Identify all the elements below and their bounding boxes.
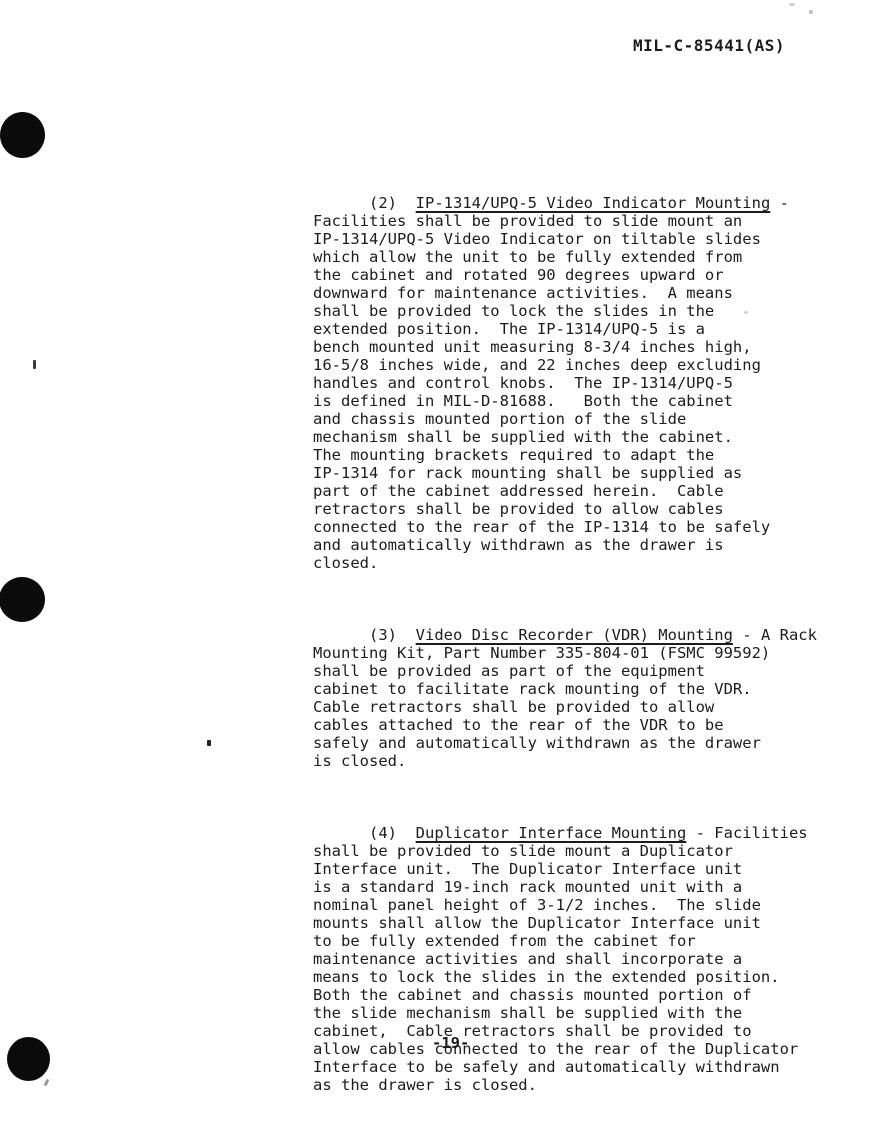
spec-paragraph-4: (4) Duplicator Interface Mounting - Faci…	[313, 806, 813, 1112]
paragraph-heading: Video Disc Recorder (VDR) Mounting	[416, 626, 733, 644]
paragraph-body: - A Rack Mounting Kit, Part Number 335-8…	[313, 626, 817, 770]
body-text-column: (2) IP-1314/UPQ-5 Video Indicator Mounti…	[313, 176, 813, 1112]
paragraph-number: (4)	[369, 824, 416, 842]
scan-artifact-speck	[809, 10, 813, 14]
document-id-header: MIL-C-85441(AS)	[633, 36, 785, 55]
scan-artifact-speck	[789, 3, 795, 6]
scan-artifact-speck	[33, 360, 36, 369]
hole-punch-bottom	[7, 1037, 50, 1081]
page-number: -19-	[432, 1034, 469, 1052]
scan-artifact-speck	[744, 311, 748, 314]
paragraph-heading: Duplicator Interface Mounting	[416, 824, 687, 842]
scan-artifact-speck	[207, 740, 211, 746]
hole-punch-top	[0, 112, 45, 158]
paragraph-heading: IP-1314/UPQ-5 Video Indicator Mounting	[416, 194, 771, 212]
hole-punch-middle	[0, 577, 45, 622]
paragraph-number: (2)	[369, 194, 416, 212]
scan-artifact-speck	[44, 1079, 50, 1087]
paragraph-body: - Facilities shall be provided to slide …	[313, 824, 808, 1094]
document-page: MIL-C-85441(AS) (2) IP-1314/UPQ-5 Video …	[0, 0, 875, 1126]
spec-paragraph-3: (3) Video Disc Recorder (VDR) Mounting -…	[313, 608, 813, 788]
paragraph-number: (3)	[369, 626, 416, 644]
paragraph-body: - Facilities shall be provided to slide …	[313, 194, 789, 572]
spec-paragraph-2: (2) IP-1314/UPQ-5 Video Indicator Mounti…	[313, 176, 813, 590]
